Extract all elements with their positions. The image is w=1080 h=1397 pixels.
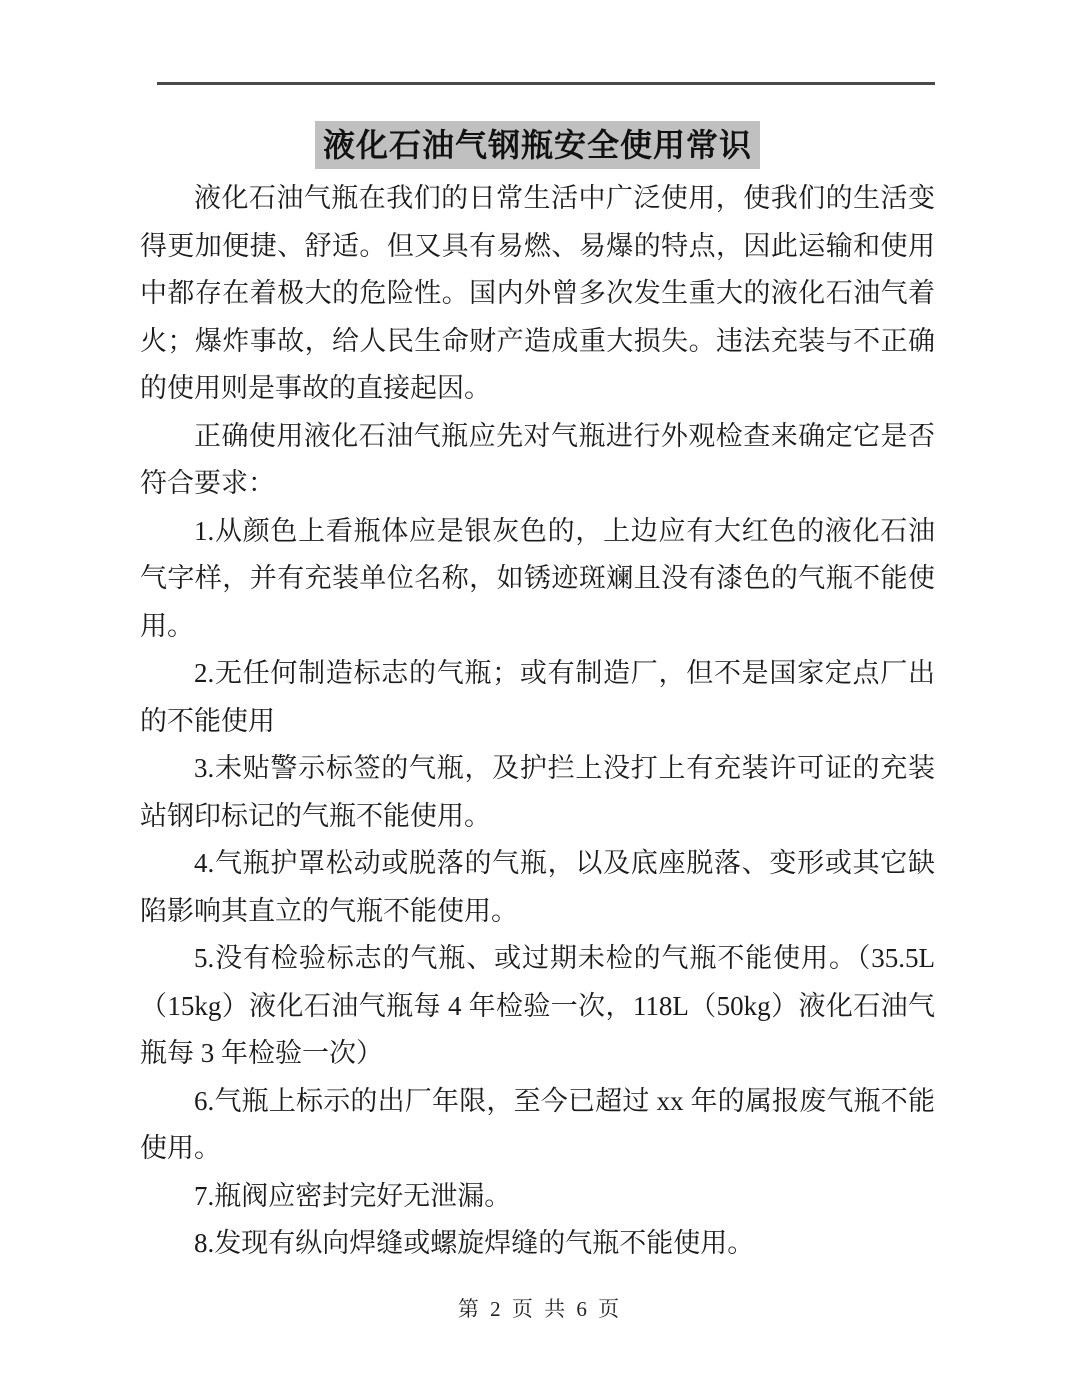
body-paragraph: 液化石油气瓶在我们的日常生活中广泛使用，使我们的生活变得更加便捷、舒适。但又具有…: [140, 175, 935, 413]
top-rule: [157, 82, 935, 85]
body-paragraph: 正确使用液化石油气瓶应先对气瓶进行外观检查来确定它是否符合要求：: [140, 413, 935, 508]
document-content: 液化石油气钢瓶安全使用常识 液化石油气瓶在我们的日常生活中广泛使用，使我们的生活…: [0, 82, 1080, 1268]
page-footer: 第 2 页 共 6 页: [0, 1293, 1080, 1323]
document-body: 液化石油气瓶在我们的日常生活中广泛使用，使我们的生活变得更加便捷、舒适。但又具有…: [140, 175, 935, 1268]
document-page: 液化石油气钢瓶安全使用常识 液化石油气瓶在我们的日常生活中广泛使用，使我们的生活…: [0, 0, 1080, 1397]
body-paragraph: 6.气瓶上标示的出厂年限，至今已超过 xx 年的属报废气瓶不能使用。: [140, 1078, 935, 1173]
body-paragraph: 3.未贴警示标签的气瓶，及护拦上没打上有充装许可证的充装站钢印标记的气瓶不能使用…: [140, 745, 935, 840]
body-paragraph: 5.没有检验标志的气瓶、或过期未检的气瓶不能使用。（35.5L（15kg）液化石…: [140, 935, 935, 1078]
body-paragraph: 2.无任何制造标志的气瓶；或有制造厂，但不是国家定点厂出的不能使用: [140, 650, 935, 745]
document-title: 液化石油气钢瓶安全使用常识: [315, 121, 760, 169]
body-paragraph: 7.瓶阀应密封完好无泄漏。: [140, 1173, 935, 1221]
title-wrap: 液化石油气钢瓶安全使用常识: [140, 121, 935, 169]
body-paragraph: 4.气瓶护罩松动或脱落的气瓶，以及底座脱落、变形或其它缺陷影响其直立的气瓶不能使…: [140, 840, 935, 935]
body-paragraph: 8.发现有纵向焊缝或螺旋焊缝的气瓶不能使用。: [140, 1220, 935, 1268]
body-paragraph: 1.从颜色上看瓶体应是银灰色的，上边应有大红色的液化石油气字样，并有充装单位名称…: [140, 508, 935, 651]
